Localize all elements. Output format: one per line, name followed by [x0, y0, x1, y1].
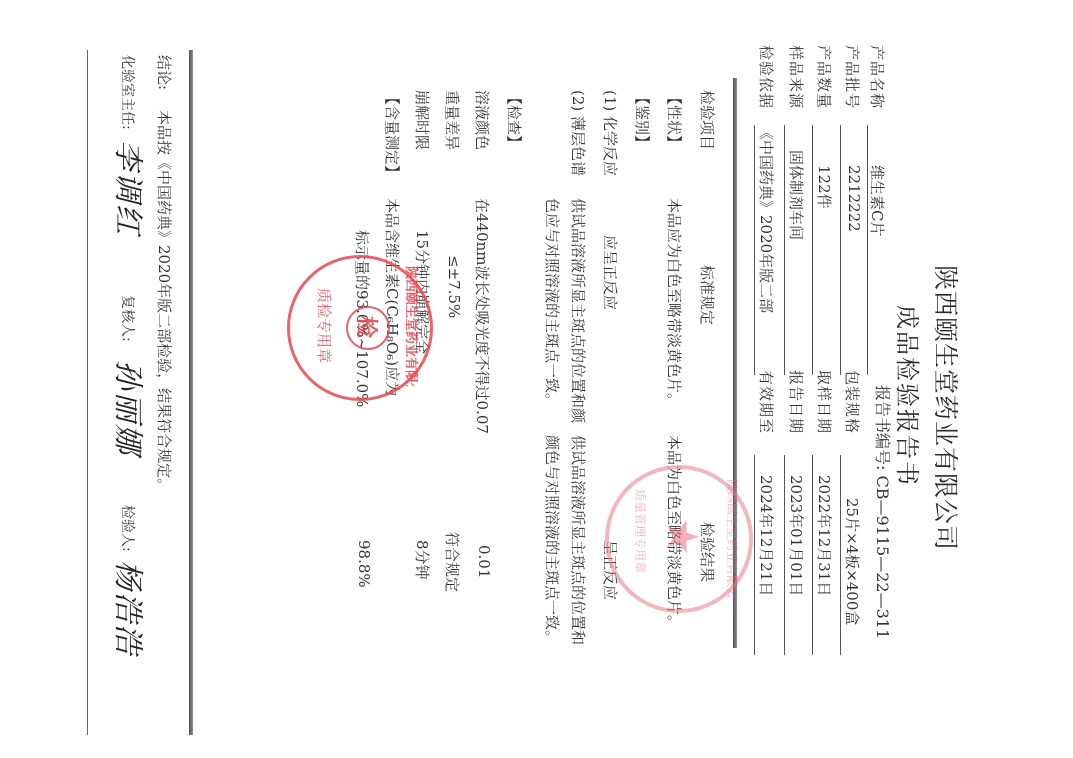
weight-variation-item: 重量差异 — [442, 90, 463, 150]
faded-stamp-bottom: 质量管理专用章 — [632, 489, 649, 573]
tlc-standard-line1: 供试品溶液所显主斑点的位置和颜 — [568, 198, 589, 423]
director-label: 化验室主任: — [118, 55, 138, 130]
expiry-date-label: 有效期至 — [756, 370, 777, 434]
underline — [754, 455, 755, 655]
batch-no-label: 产品批号 — [842, 45, 863, 109]
tlc-result-line2: 颜色与对照溶液的主斑点一致。 — [542, 435, 563, 645]
report-title: 成品检验报告书 — [892, 305, 927, 487]
conclusion-label: 结论: — [154, 55, 175, 90]
qc-stamp-center-ring: 检 — [346, 306, 390, 350]
report-number-label: 报告书编号: — [873, 385, 892, 470]
qc-stamp-bottom: 质检专用章 — [314, 288, 335, 363]
underline — [867, 125, 868, 375]
chem-reaction-standard: 应呈正反应 — [600, 235, 621, 310]
qc-stamp-center: 检 — [352, 316, 383, 338]
underline — [784, 455, 785, 655]
faded-stamp: ★ 陕西颐生堂药业有限公司 质量管理专用章 — [605, 465, 753, 613]
underline — [754, 125, 755, 375]
report-page: 陕西颐生堂药业有限公司 成品检验报告书 报告书编号: CB—9115—22—31… — [0, 0, 1073, 758]
col-header-standard: 标准规定 — [697, 265, 718, 325]
bottom-rule — [87, 50, 88, 735]
tlc-result-line1: 供试品溶液所显主斑点的位置和 — [568, 435, 589, 645]
solution-color-item: 溶液颜色 — [472, 90, 493, 150]
quantity-value: 122件 — [814, 165, 835, 209]
conclusion-rule — [189, 50, 193, 735]
batch-no-value: 2212222 — [845, 165, 863, 232]
underline — [784, 125, 785, 375]
disintegration-item: 崩解时限 — [412, 90, 433, 150]
director-signature: 李调红 — [109, 140, 153, 236]
assay-section: 【含量测定】 — [382, 90, 403, 180]
assay-result: 98.8% — [355, 540, 373, 588]
col-header-item: 检验项目 — [697, 90, 718, 150]
inspector-signature: 杨浩浩 — [109, 560, 153, 656]
quantity-label: 产品数量 — [814, 45, 835, 109]
conclusion-text: 本品按《中国药典》2020年版二部检验，结果符合规定。 — [154, 110, 175, 493]
weight-variation-result: 符合规定 — [442, 532, 463, 592]
expiry-date-value: 2024年12月21日 — [756, 475, 777, 596]
solution-color-result: 0.01 — [475, 545, 493, 578]
underline — [840, 455, 841, 655]
solution-color-standard: 在440nm波长处吸光度不得过0.07 — [472, 198, 493, 434]
report-number: 报告书编号: CB—9115—22—311 — [872, 385, 895, 639]
underline — [840, 125, 841, 375]
check-section: 【检查】 — [504, 90, 525, 150]
report-number-value: CB—9115—22—311 — [873, 476, 892, 640]
inspector-label: 检验人: — [118, 505, 138, 552]
appearance-standard: 本品应为白色至略带淡黄色片。 — [664, 198, 685, 408]
reviewer-signature: 孙丽娜 — [109, 360, 153, 456]
faded-stamp-ring-text: 陕西颐生堂药业有限公司 — [724, 479, 741, 599]
underline — [812, 125, 813, 375]
tlc-item: (2) 薄层色谱 — [568, 90, 589, 176]
underline — [812, 455, 813, 655]
company-name: 陕西颐生堂药业有限公司 — [929, 265, 965, 551]
basis-value: 《中国药典》2020年版二部 — [756, 125, 777, 313]
report-date-label: 报告日期 — [786, 370, 807, 434]
weight-variation-standard: ≤±7.5% — [445, 255, 463, 318]
appearance-section: 【性状】 — [664, 90, 685, 150]
scanned-document: 陕西颐生堂药业有限公司 成品检验报告书 报告书编号: CB—9115—22—31… — [0, 0, 1073, 758]
star-icon: ★ — [656, 517, 707, 556]
basis-label: 检验依据 — [756, 45, 777, 109]
sampling-date-label: 取样日期 — [814, 370, 835, 434]
sample-source-value: 固体制剂车间 — [786, 150, 807, 240]
qc-stamp-ring-text: 陕西颐生堂药业有限公司 — [403, 266, 422, 386]
report-date-value: 2023年01月01日 — [786, 475, 807, 596]
product-name-label: 产品名称 — [867, 45, 888, 109]
identification-section: 【鉴别】 — [632, 90, 653, 150]
sampling-date-value: 2022年12月31日 — [814, 475, 835, 596]
sample-source-label: 样品来源 — [786, 45, 807, 109]
package-spec-value: 25片×4板×400盒 — [842, 498, 863, 625]
tlc-standard-line2: 色应与对照溶液的主斑点一致。 — [542, 198, 563, 408]
package-spec-label: 包装规格 — [842, 370, 863, 434]
qc-stamp: 检 陕西颐生堂药业有限公司 质检专用章 — [287, 255, 433, 401]
chem-reaction-item: (1) 化学反应 — [600, 90, 621, 176]
product-name-value: 维生素C片 — [867, 165, 888, 236]
reviewer-label: 复核人: — [118, 295, 138, 342]
disintegration-result: 8分钟 — [412, 540, 433, 580]
